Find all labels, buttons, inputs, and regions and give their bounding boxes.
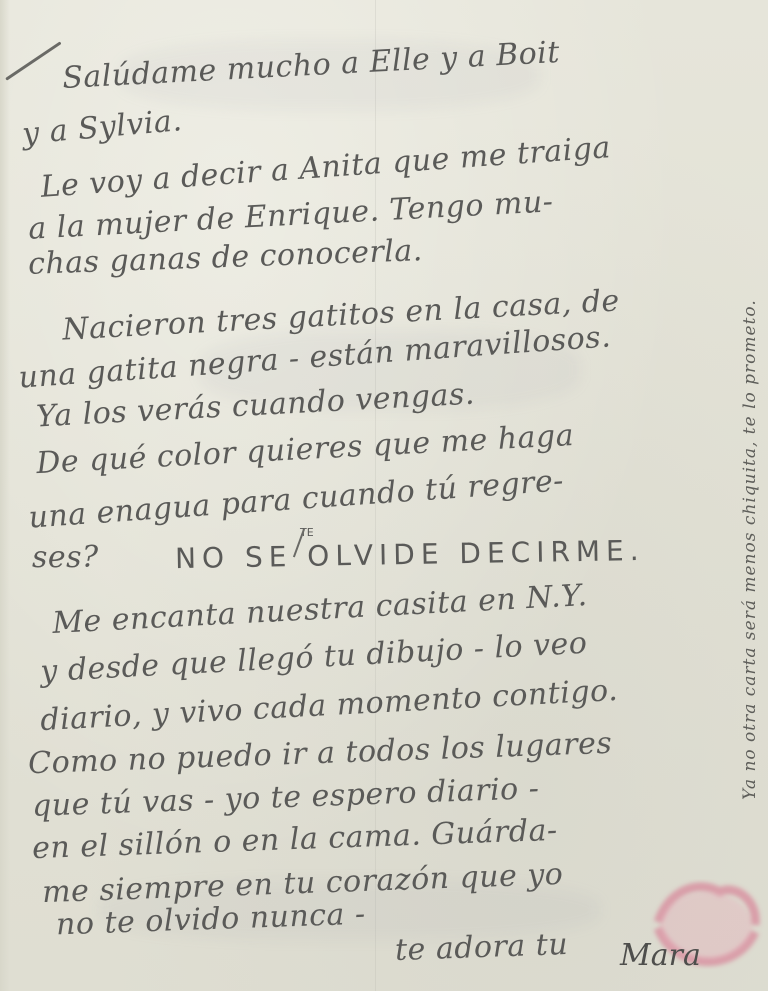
page-mark-slash (5, 41, 61, 80)
paper-edge (0, 0, 10, 991)
letter-closing: te adora tu (394, 927, 568, 968)
letter-line-12-caps: NO SE OLVIDE DECIRME. (175, 534, 645, 575)
letter-page: Salúdame mucho a Elle y a Boit y a Sylvi… (0, 0, 768, 991)
margin-note-vertical: Ya no otra carta será menos chiquita, te… (740, 299, 760, 800)
letter-line-11: ses? (32, 540, 99, 575)
letter-line-2: y a Sylvia. (21, 103, 184, 152)
signature: Mara (620, 938, 701, 973)
